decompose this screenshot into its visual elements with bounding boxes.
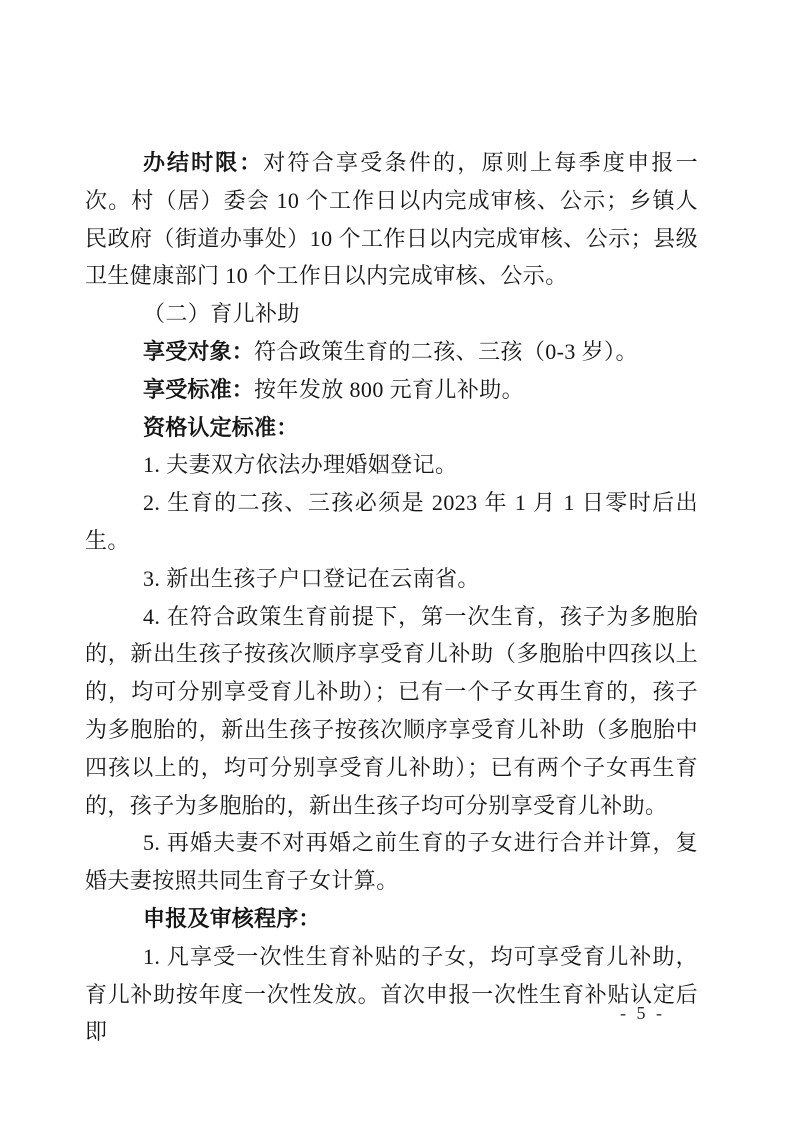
para-processing-time-limit: 办结时限：对符合享受条件的，原则上每季度申报一次。村（居）委会 10 个工作日以… (85, 144, 698, 295)
paragraph-lead: 享受标准： (143, 377, 254, 402)
paragraph-lead: 资格认定标准： (143, 415, 298, 440)
paragraph-text: 2. 生育的二孩、三孩必须是 2023 年 1 月 1 日零时后出生。 (85, 490, 698, 553)
paragraph-text: 5. 再婚夫妻不对再婚之前生育的子女进行合并计算，复婚夫妻按照共同生育子女计算。 (85, 830, 698, 893)
para-benefit-standard: 享受标准：按年发放 800 元育儿补助。 (85, 371, 698, 409)
para-criteria-item-1: 1. 夫妻双方依法办理婚姻登记。 (85, 446, 698, 484)
paragraph-text: （二）育儿补助 (143, 301, 300, 326)
paragraph-text: 1. 夫妻双方依法办理婚姻登记。 (143, 452, 457, 477)
para-criteria-item-5: 5. 再婚夫妻不对再婚之前生育的子女进行合并计算，复婚夫妻按照共同生育子女计算。 (85, 824, 698, 900)
paragraph-text: 4. 在符合政策生育前提下，第一次生育，孩子为多胞胎的，新出生孩子按孩次顺序享受… (85, 604, 698, 818)
para-section-heading-childcare-subsidy: （二）育儿补助 (85, 295, 698, 333)
para-criteria-item-3: 3. 新出生孩子户口登记在云南省。 (85, 560, 698, 598)
paragraph-lead: 享受对象： (143, 339, 254, 364)
paragraph-text: 1. 凡享受一次性生育补贴的子女，均可享受育儿补助，育儿补助按年度一次性发放。首… (85, 944, 698, 1045)
para-application-procedure-heading: 申报及审核程序： (85, 900, 698, 938)
para-beneficiaries: 享受对象：符合政策生育的二孩、三孩（0-3 岁）。 (85, 333, 698, 371)
document-body: 办结时限：对符合享受条件的，原则上每季度申报一次。村（居）委会 10 个工作日以… (85, 144, 698, 1051)
para-criteria-item-2: 2. 生育的二孩、三孩必须是 2023 年 1 月 1 日零时后出生。 (85, 484, 698, 560)
paragraph-text: 符合政策生育的二孩、三孩（0-3 岁）。 (254, 339, 638, 364)
paragraph-lead: 申报及审核程序： (143, 906, 321, 931)
document-page: 办结时限：对符合享受条件的，原则上每季度申报一次。村（居）委会 10 个工作日以… (0, 0, 793, 1122)
para-procedure-item-1: 1. 凡享受一次性生育补贴的子女，均可享受育儿补助，育儿补助按年度一次性发放。首… (85, 938, 698, 1051)
para-criteria-item-4: 4. 在符合政策生育前提下，第一次生育，孩子为多胞胎的，新出生孩子按孩次顺序享受… (85, 598, 698, 825)
paragraph-text: 3. 新出生孩子户口登记在云南省。 (143, 566, 480, 591)
para-eligibility-criteria-heading: 资格认定标准： (85, 409, 698, 447)
page-number: - 5 - (605, 1001, 680, 1025)
paragraph-text: 按年发放 800 元育儿补助。 (254, 377, 524, 402)
paragraph-lead: 办结时限： (143, 150, 263, 175)
